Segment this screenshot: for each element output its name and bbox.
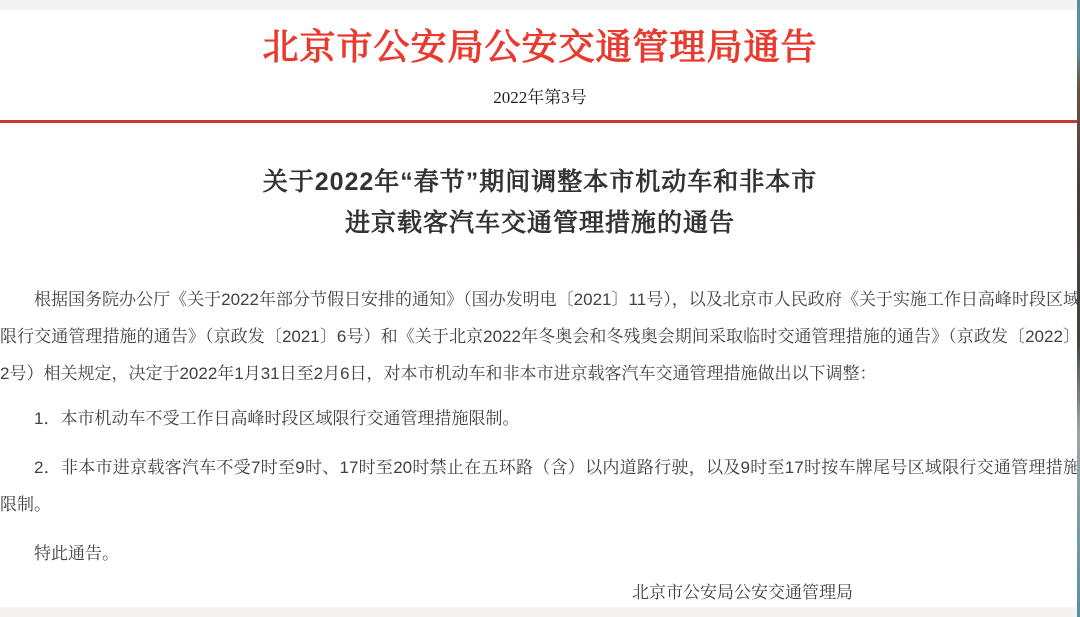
closing-statement: 特此通告。	[0, 535, 1080, 572]
notice-title-line-1: 关于2022年“春节”期间调整本市机动车和非本市	[0, 162, 1080, 203]
issue-number: 2022年第3号	[0, 88, 1080, 108]
adjustment-item-1: 1．本市机动车不受工作日高峰时段区域限行交通管理措施限制。	[0, 400, 1080, 437]
adjustment-item-2: 2．非本市进京载客汽车不受7时至9时、17时至20时禁止在五环路（含）以内道路行…	[0, 449, 1080, 523]
agency-header-title: 北京市公安局公安交通管理局通告	[0, 26, 1080, 68]
notice-title: 关于2022年“春节”期间调整本市机动车和非本市 进京载客汽车交通管理措施的通告	[0, 162, 1080, 244]
bottom-edge-strip	[0, 607, 1080, 617]
notice-document: 北京市公安局公安交通管理局通告 2022年第3号 关于2022年“春节”期间调整…	[0, 26, 1080, 603]
issuing-authority-signature: 北京市公安局公安交通管理局	[0, 583, 1080, 603]
notice-title-line-2: 进京载客汽车交通管理措施的通告	[0, 203, 1080, 244]
red-divider-line	[0, 120, 1080, 123]
intro-paragraph: 根据国务院办公厅《关于2022年部分节假日安排的通知》（国办发明电〔2021〕1…	[0, 281, 1080, 392]
top-edge-strip	[0, 0, 1080, 10]
